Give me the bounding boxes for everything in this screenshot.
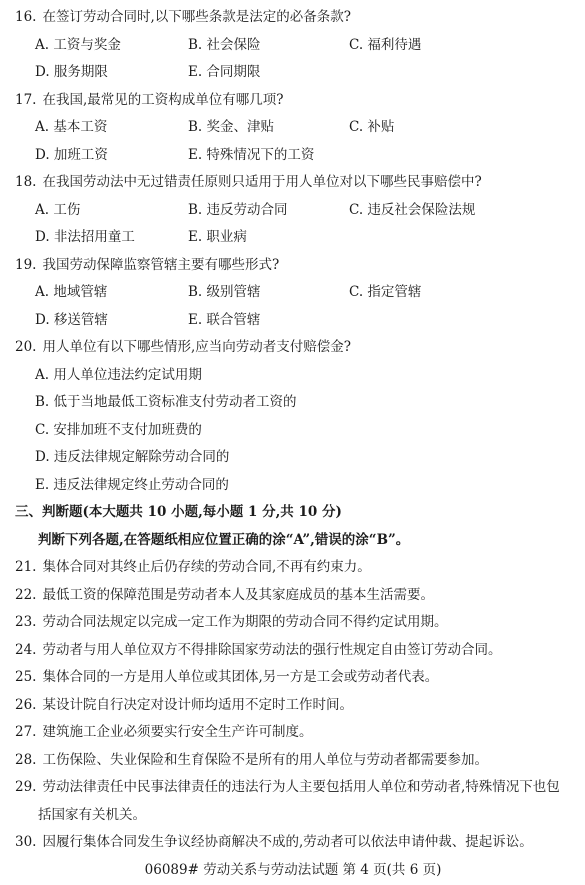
question-17-options-row-1: A. 基本工资 B. 奖金、津贴 C. 补贴 (15, 114, 571, 142)
question-number: 17. (15, 87, 36, 115)
question-20-option-b: B. 低于当地最低工资标准支付劳动者工资的 (15, 389, 571, 417)
question-20-option-e: E. 违反法律规定终止劳动合同的 (15, 472, 571, 500)
question-number: 18. (15, 169, 36, 197)
option: D. 非法招用童工 (35, 224, 188, 252)
option: B. 社会保险 (188, 32, 349, 60)
option: C. 补贴 (349, 114, 571, 142)
question-number: 23. (15, 609, 36, 637)
option: E. 职业病 (188, 224, 349, 252)
question-20-option-c: C. 安排加班不支付加班费的 (15, 417, 571, 445)
option: A. 工伤 (35, 197, 188, 225)
question-text: 劳动者与用人单位双方不得排除国家劳动法的强行性规定自由签订劳动合同。 (42, 642, 501, 658)
exam-page: 16.在签订劳动合同时,以下哪些条款是法定的必备条款? A. 工资与奖金 B. … (0, 0, 585, 885)
question-number: 20. (15, 334, 36, 362)
question-26: 26.某设计院自行决定对设计师均适用不定时工作时间。 (15, 692, 571, 720)
question-text: 在我国劳动法中无过错责任原则只适用于用人单位对以下哪些民事赔偿中? (42, 174, 481, 190)
question-20-option-d: D. 违反法律规定解除劳动合同的 (15, 444, 571, 472)
question-21: 21.集体合同对其终止后仍存续的劳动合同,不再有约束力。 (15, 554, 571, 582)
question-16: 16.在签订劳动合同时,以下哪些条款是法定的必备条款? (15, 4, 571, 32)
option: B. 级别管辖 (188, 279, 349, 307)
option: A. 地域管辖 (35, 279, 188, 307)
question-text: 建筑施工企业必须要实行安全生产许可制度。 (42, 724, 312, 740)
question-24: 24.劳动者与用人单位双方不得排除国家劳动法的强行性规定自由签订劳动合同。 (15, 637, 571, 665)
option: A. 基本工资 (35, 114, 188, 142)
question-23: 23.劳动合同法规定以完成一定工作为期限的劳动合同不得约定试用期。 (15, 609, 571, 637)
question-number: 30. (15, 829, 36, 857)
option: C. 指定管辖 (349, 279, 571, 307)
question-19-options-row-1: A. 地域管辖 B. 级别管辖 C. 指定管辖 (15, 279, 571, 307)
option: B. 奖金、津贴 (188, 114, 349, 142)
question-18-options-row-1: A. 工伤 B. 违反劳动合同 C. 违反社会保险法规 (15, 197, 571, 225)
option: A. 工资与奖金 (35, 32, 188, 60)
option: E. 合同期限 (188, 59, 349, 87)
question-29: 29.劳动法律责任中民事法律责任的违法行为人主要包括用人单位和劳动者,特殊情况下… (15, 774, 571, 802)
option: C. 违反社会保险法规 (349, 197, 571, 225)
question-text: 在签订劳动合同时,以下哪些条款是法定的必备条款? (42, 9, 351, 25)
question-text: 某设计院自行决定对设计师均适用不定时工作时间。 (42, 697, 353, 713)
section-heading: 三、判断题(本大题共 10 小题,每小题 1 分,共 10 分) (15, 499, 571, 527)
question-number: 29. (15, 774, 36, 802)
question-number: 28. (15, 747, 36, 775)
question-17: 17.在我国,最常见的工资构成单位有哪几项? (15, 87, 571, 115)
question-text: 集体合同对其终止后仍存续的劳动合同,不再有约束力。 (42, 559, 370, 575)
question-text: 劳动法律责任中民事法律责任的违法行为人主要包括用人单位和劳动者,特殊情况下也包 (42, 779, 559, 795)
question-25: 25.集体合同的一方是用人单位或其团体,另一方是工会或劳动者代表。 (15, 664, 571, 692)
option: E. 特殊情况下的工资 (188, 142, 349, 170)
question-30: 30.因履行集体合同发生争议经协商解决不成的,劳动者可以依法申请仲裁、提起诉讼。 (15, 829, 571, 857)
option: D. 服务期限 (35, 59, 188, 87)
question-number: 22. (15, 582, 36, 610)
question-19-options-row-2: D. 移送管辖 E. 联合管辖 (15, 307, 571, 335)
question-number: 26. (15, 692, 36, 720)
question-text: 工伤保险、失业保险和生育保险不是所有的用人单位与劳动者都需要参加。 (42, 752, 488, 768)
option: E. 联合管辖 (188, 307, 349, 335)
question-27: 27.建筑施工企业必须要实行安全生产许可制度。 (15, 719, 571, 747)
question-number: 27. (15, 719, 36, 747)
question-number: 25. (15, 664, 36, 692)
question-number: 24. (15, 637, 36, 665)
question-20: 20.用人单位有以下哪些情形,应当向劳动者支付赔偿金? (15, 334, 571, 362)
page-footer: 06089# 劳动关系与劳动法试题 第 4 页(共 6 页) (15, 857, 571, 885)
question-28: 28.工伤保险、失业保险和生育保险不是所有的用人单位与劳动者都需要参加。 (15, 747, 571, 775)
question-17-options-row-2: D. 加班工资 E. 特殊情况下的工资 (15, 142, 571, 170)
option: D. 加班工资 (35, 142, 188, 170)
question-text: 用人单位有以下哪些情形,应当向劳动者支付赔偿金? (42, 339, 351, 355)
option: B. 违反劳动合同 (188, 197, 349, 225)
question-20-option-a: A. 用人单位违法约定试用期 (15, 362, 571, 390)
option: C. 福利待遇 (349, 32, 571, 60)
question-number: 16. (15, 4, 36, 32)
question-text: 因履行集体合同发生争议经协商解决不成的,劳动者可以依法申请仲裁、提起诉讼。 (42, 834, 532, 850)
question-16-options-row-2: D. 服务期限 E. 合同期限 (15, 59, 571, 87)
question-text: 我国劳动保障监察管辖主要有哪些形式? (42, 257, 279, 273)
question-text: 最低工资的保障范围是劳动者本人及其家庭成员的基本生活需要。 (42, 587, 434, 603)
question-text: 在我国,最常见的工资构成单位有哪几项? (42, 92, 283, 108)
question-number: 19. (15, 252, 36, 280)
question-19: 19.我国劳动保障监察管辖主要有哪些形式? (15, 252, 571, 280)
question-22: 22.最低工资的保障范围是劳动者本人及其家庭成员的基本生活需要。 (15, 582, 571, 610)
question-18: 18.在我国劳动法中无过错责任原则只适用于用人单位对以下哪些民事赔偿中? (15, 169, 571, 197)
question-number: 21. (15, 554, 36, 582)
question-29-continued: 括国家有关机关。 (15, 802, 571, 830)
question-text: 劳动合同法规定以完成一定工作为期限的劳动合同不得约定试用期。 (42, 614, 447, 630)
option: D. 移送管辖 (35, 307, 188, 335)
section-instruction: 判断下列各题,在答题纸相应位置正确的涂“A”,错误的涂“B”。 (15, 527, 571, 555)
question-text: 集体合同的一方是用人单位或其团体,另一方是工会或劳动者代表。 (42, 669, 438, 685)
question-18-options-row-2: D. 非法招用童工 E. 职业病 (15, 224, 571, 252)
question-16-options-row-1: A. 工资与奖金 B. 社会保险 C. 福利待遇 (15, 32, 571, 60)
